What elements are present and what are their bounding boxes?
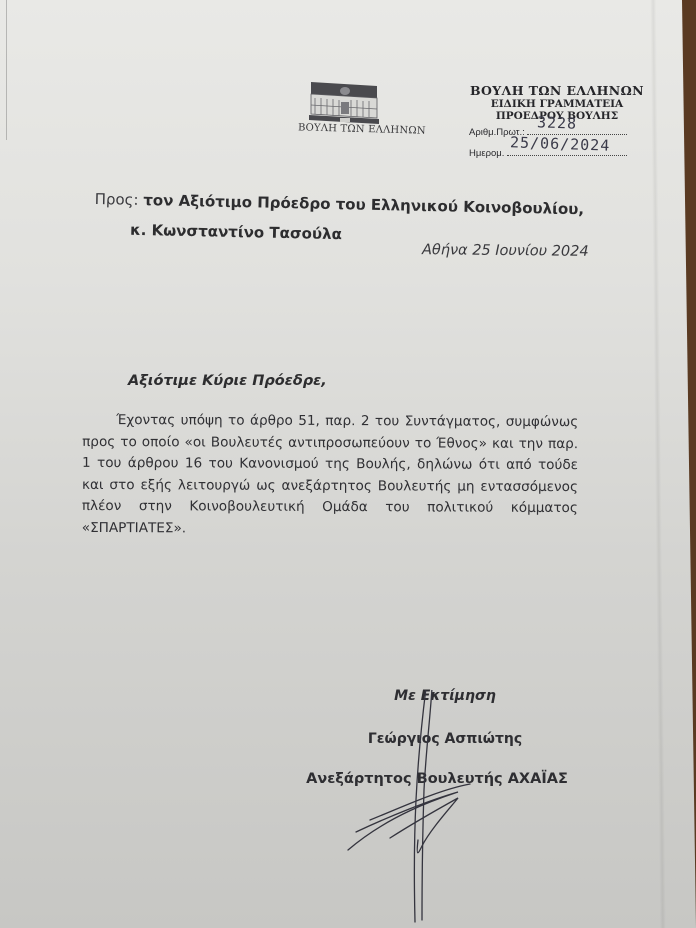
- addressee-line-1: τον Αξιότιμο Πρόεδρο του Ελληνικού Κοινο…: [143, 191, 584, 218]
- photo-background: ΒΟΥΛΗ ΤΩΝ ΕΛΛΗΝΩΝ ΒΟΥΛΗ ΤΩΝ ΕΛΛΗΝΩΝ ΕΙΔΙ…: [0, 0, 696, 928]
- org-title: ΒΟΥΛΗ ΤΩΝ ΕΛΛΗΝΩΝ: [462, 83, 652, 98]
- salutation: Αξιότιμε Κύριε Πρόεδρε,: [128, 373, 327, 389]
- letter-page: ΒΟΥΛΗ ΤΩΝ ΕΛΛΗΝΩΝ ΒΟΥΛΗ ΤΩΝ ΕΛΛΗΝΩΝ ΕΙΔΙ…: [0, 0, 696, 928]
- date-received-handwritten: 25/06/2024: [510, 133, 611, 154]
- signatory-title: Ανεξάρτητος Βουλευτής ΑΧΑΪΑΣ: [292, 771, 582, 787]
- letter-body: Έχοντας υπόψη το άρθρο 51, παρ. 2 του Συ…: [82, 410, 579, 541]
- date-received-label: Ημερομ.: [469, 148, 504, 159]
- place-date: Αθήνα 25 Ιουνίου 2024: [422, 242, 589, 260]
- closing-greeting: Με Εκτίμηση: [300, 688, 590, 704]
- protocol-number-handwritten: 3228: [537, 113, 578, 132]
- logo-caption: ΒΟΥΛΗ ΤΩΝ ΕΛΛΗΝΩΝ: [298, 122, 426, 136]
- addressee-prefix: Προς:: [94, 190, 138, 209]
- org-subtitle-1: ΕΙΔΙΚΗ ΓΡΑΜΜΑΤΕΙΑ: [462, 98, 652, 110]
- signatory-name: Γεώργιος Ασπιώτης: [300, 731, 590, 747]
- handwritten-signature-icon: [330, 690, 490, 928]
